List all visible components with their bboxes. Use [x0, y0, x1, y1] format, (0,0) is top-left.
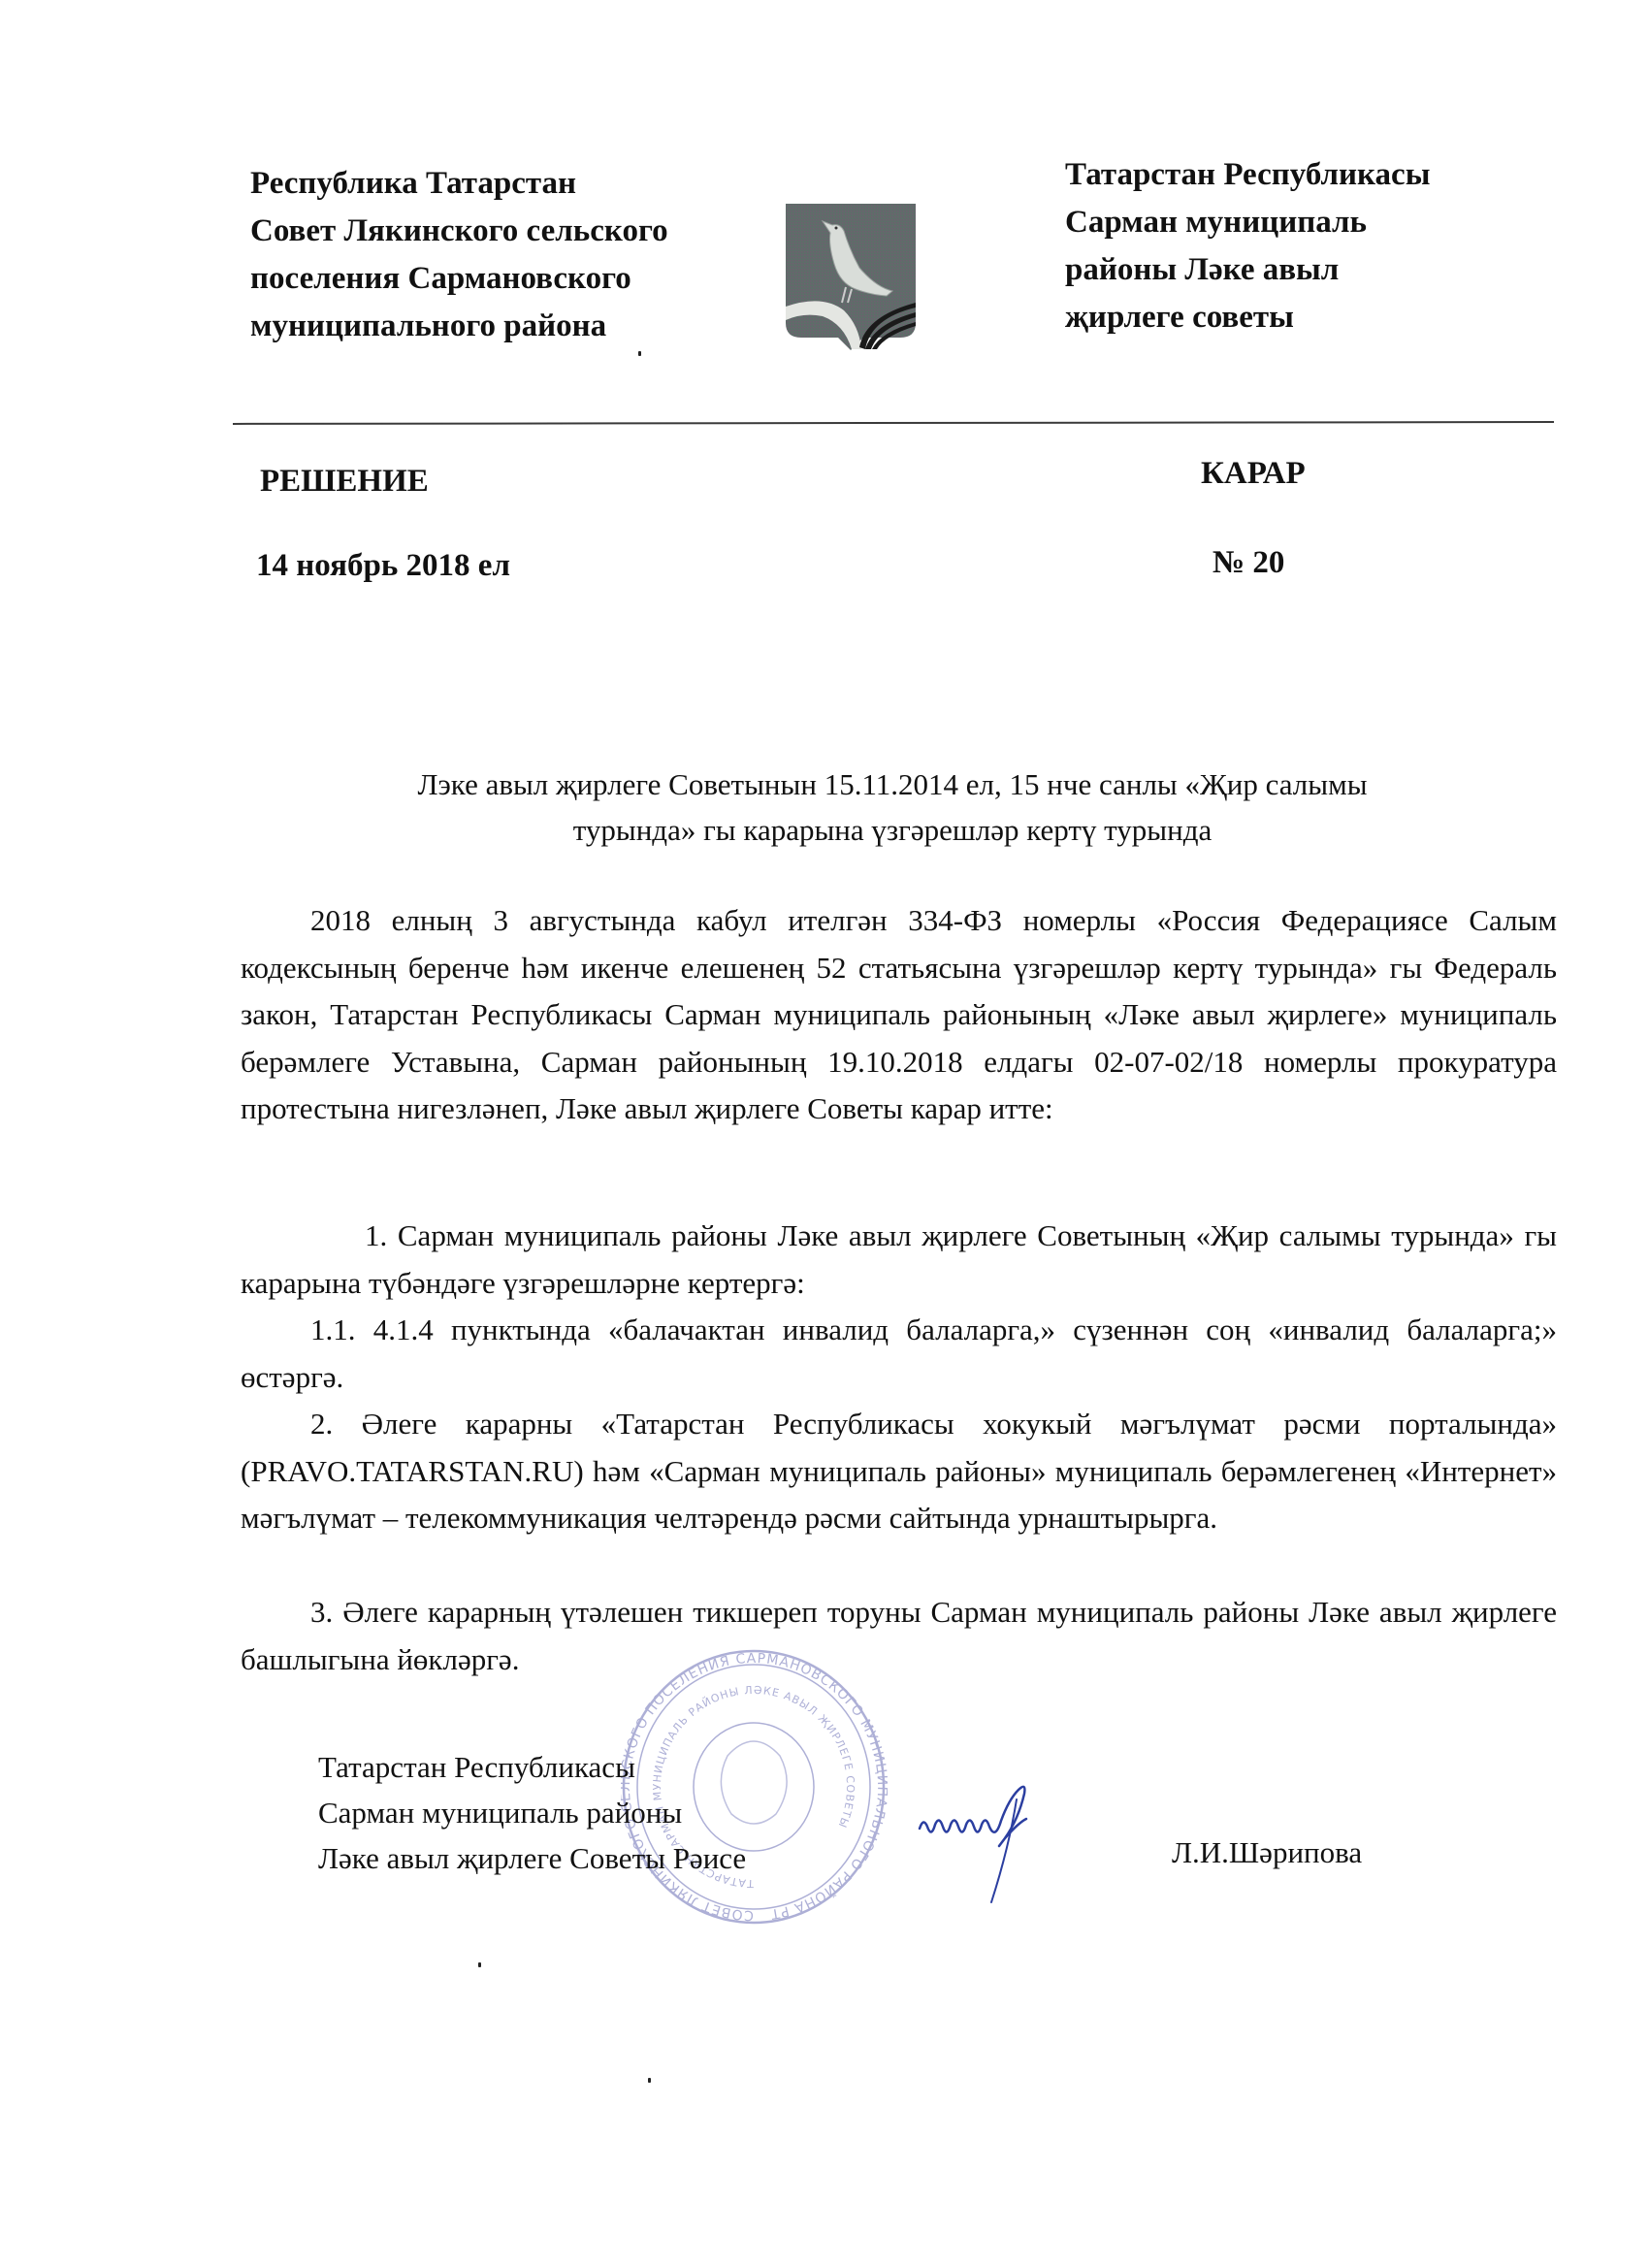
doc-number: № 20 [1212, 545, 1284, 581]
signer-name: Л.И.Шәрипова [1172, 1835, 1362, 1870]
scan-speck [478, 1962, 481, 1967]
header-left-line: поселения Сармановского [250, 255, 755, 303]
item-1-1: 1.1. 4.1.4 пунктында «балачактан инвалид… [241, 1307, 1557, 1401]
header-right-line: Сарман муниципаль [1065, 199, 1531, 246]
doc-date: 14 ноябрь 2018 ел [256, 548, 510, 584]
header-right-line: җирлеге советы [1065, 294, 1531, 341]
scan-speck [648, 2078, 651, 2083]
scan-speck [638, 351, 641, 356]
coat-of-arms-bird-icon [784, 202, 918, 352]
header-left-ru: Республика Татарстан Совет Лякинского се… [250, 160, 755, 350]
item-3: 3. Әлеге карарның үтәлешен тикшереп тору… [241, 1589, 1557, 1683]
doc-title: Лэке авыл җирлеге Советынын 15.11.2014 е… [242, 761, 1542, 853]
item-1: 1. Сарман муниципаль районы Ләке авыл җи… [241, 1213, 1557, 1307]
item-1-text: 1. Сарман муниципаль районы Ләке авыл җи… [241, 1213, 1557, 1307]
header-left-line: Совет Лякинского сельского [250, 208, 755, 255]
header-left-line: муниципального района [250, 303, 755, 350]
signature-line: Ләке авыл җирлеге Советы Рәисе [318, 1835, 746, 1881]
header-left-line: Республика Татарстан [250, 160, 755, 208]
doc-type-ru: РЕШЕНИЕ [260, 464, 429, 500]
item-1-1-text: 1.1. 4.1.4 пунктында «балачактан инвалид… [241, 1307, 1557, 1401]
header-right-line: районы Ләке авыл [1065, 246, 1531, 294]
doc-type-tt: КАРАР [1201, 456, 1306, 492]
handwritten-signature-icon [912, 1770, 1086, 1906]
doc-title-line: Лэке авыл җирлеге Советынын 15.11.2014 е… [242, 761, 1542, 807]
item-2: 2. Әлеге карарны «Татарстан Республикасы… [241, 1401, 1557, 1542]
header-right-line: Татарстан Республикасы [1065, 151, 1531, 199]
item-3-text: 3. Әлеге карарның үтәлешен тикшереп тору… [241, 1589, 1557, 1683]
header-right-tt: Татарстан Республикасы Сарман муниципаль… [1065, 151, 1531, 341]
signature-line: Сарман муниципаль районы [318, 1790, 746, 1835]
signature-block: Татарстан Республикасы Сарман муниципаль… [318, 1744, 746, 1881]
doc-title-line: турында» гы карарына үзгәрешләр кертү ту… [242, 807, 1542, 853]
signature-line: Татарстан Республикасы [318, 1744, 746, 1790]
header-divider [233, 421, 1554, 425]
item-2-text: 2. Әлеге карарны «Татарстан Республикасы… [241, 1401, 1557, 1542]
intro-paragraph: 2018 елның 3 августында кабул ителгән 33… [241, 897, 1557, 1133]
intro-text: 2018 елның 3 августында кабул ителгән 33… [241, 897, 1557, 1133]
